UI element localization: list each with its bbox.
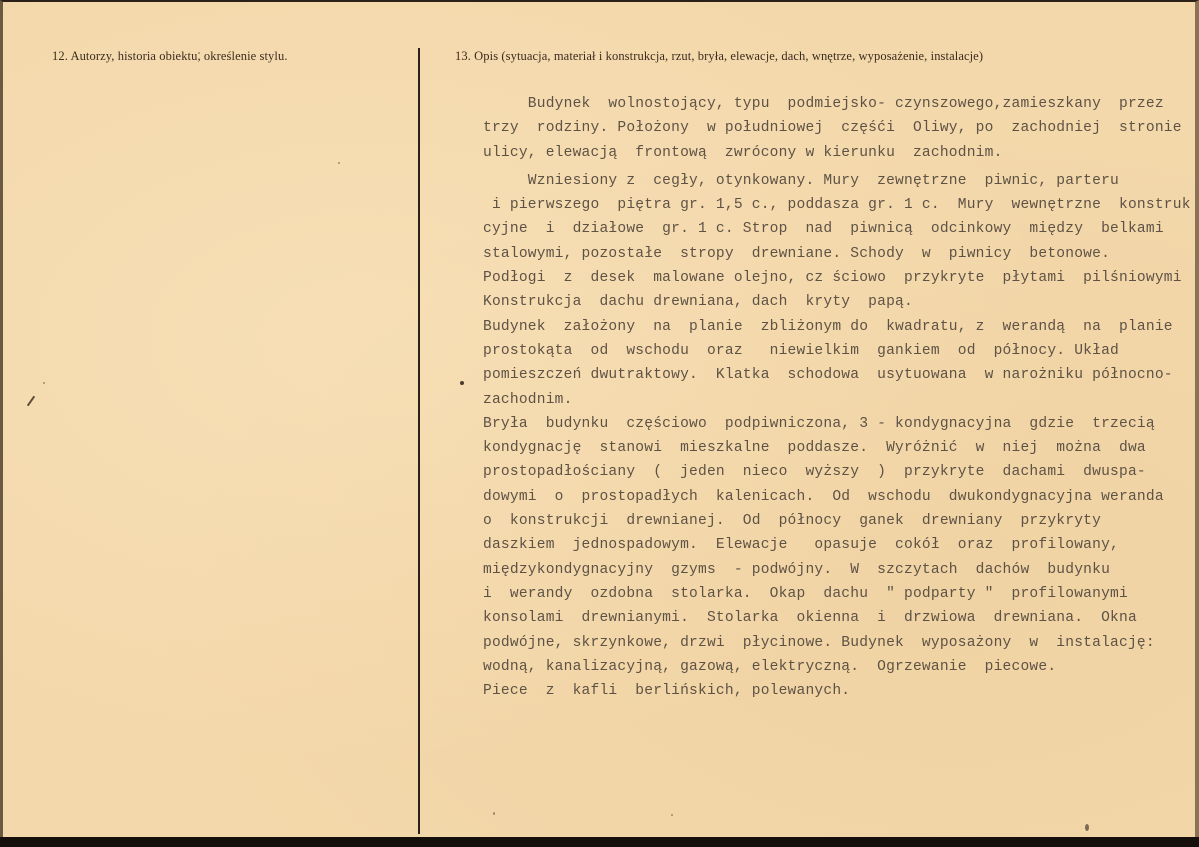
text-line: Bryła budynku częściowo podpiwniczona, 3… bbox=[483, 412, 1198, 436]
text-line: Budynek założony na planie zbliżonym do … bbox=[483, 315, 1198, 339]
document-sheet: 12. Autorzy, historia obiektu, określeni… bbox=[0, 0, 1199, 843]
section-13-heading: 13. Opis (sytuacja, materiał i konstrukc… bbox=[455, 49, 983, 64]
text-line: Piece z kafli berlińskich, polewanych. bbox=[483, 679, 1198, 703]
text-line: Podłogi z desek malowane olejno, cz ścio… bbox=[483, 266, 1198, 290]
text-line: ulicy, elewacją frontową zwrócony w kier… bbox=[483, 141, 1198, 165]
section-12-heading: 12. Autorzy, historia obiektu, określeni… bbox=[52, 49, 288, 64]
text-line: Wzniesiony z cegły, otynkowany. Mury zew… bbox=[483, 169, 1198, 193]
description-typed-text: Budynek wolnostojący, typu podmiejsko- c… bbox=[483, 92, 1198, 703]
paper-speck bbox=[460, 381, 464, 385]
text-line: Konstrukcja dachu drewniana, dach kryty … bbox=[483, 290, 1198, 314]
column-divider bbox=[418, 48, 420, 834]
text-line: cyjne i działowe gr. 1 c. Strop nad piwn… bbox=[483, 217, 1198, 241]
text-line: i pierwszego piętra gr. 1,5 c., poddasza… bbox=[483, 193, 1198, 217]
scan-bottom-edge bbox=[0, 837, 1199, 847]
paper-speck bbox=[1085, 824, 1089, 831]
text-line: konsolami drewnianymi. Stolarka okienna … bbox=[483, 606, 1198, 630]
text-line: kondygnację stanowi mieszkalne poddasze.… bbox=[483, 436, 1198, 460]
paper-speck bbox=[43, 382, 45, 384]
text-line: dowymi o prostopadłych kalenicach. Od ws… bbox=[483, 485, 1198, 509]
paper-speck bbox=[493, 812, 495, 815]
text-line: trzy rodziny. Położony w południowej czę… bbox=[483, 116, 1198, 140]
text-line: i werandy ozdobna stolarka. Okap dachu "… bbox=[483, 582, 1198, 606]
text-line: prostokąta od wschodu oraz niewielkim ga… bbox=[483, 339, 1198, 363]
text-line: międzykondygnacyjny gzyms - podwójny. W … bbox=[483, 558, 1198, 582]
text-line: wodną, kanalizacyjną, gazową, elektryczn… bbox=[483, 655, 1198, 679]
text-line: o konstrukcji drewnianej. Od północy gan… bbox=[483, 509, 1198, 533]
paper-speck bbox=[338, 162, 340, 164]
text-line: podwójne, skrzynkowe, drzwi płycinowe. B… bbox=[483, 631, 1198, 655]
paper-speck bbox=[671, 814, 673, 816]
text-line: prostopadłościany ( jeden nieco wyższy )… bbox=[483, 460, 1198, 484]
text-line: zachodnim. bbox=[483, 388, 1198, 412]
paper-speck bbox=[198, 52, 200, 54]
text-line: pomieszczeń dwutraktowy. Klatka schodowa… bbox=[483, 363, 1198, 387]
text-line: daszkiem jednospadowym. Elewacje opasuje… bbox=[483, 533, 1198, 557]
text-line: Budynek wolnostojący, typu podmiejsko- c… bbox=[483, 92, 1198, 116]
text-line: stalowymi, pozostałe stropy drewniane. S… bbox=[483, 242, 1198, 266]
pencil-mark bbox=[27, 396, 36, 407]
